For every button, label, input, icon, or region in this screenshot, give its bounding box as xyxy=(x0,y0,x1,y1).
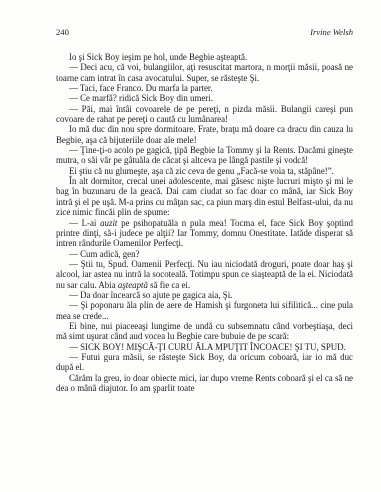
paragraph: — Ştii tu, Spud. Oamenii Perfecţi. Nu ia… xyxy=(56,259,353,290)
text-segment: — Deci acu, că voi, bulangiilor, aţi res… xyxy=(56,62,353,82)
book-page: 240 Irvine Welsh Io şi Sick Boy ieşim pe… xyxy=(0,0,381,492)
text-segment: — Taci, face Franco. Du marfa la parter. xyxy=(69,83,213,93)
paragraph: Io mă duc din nou spre dormitoare. Frate… xyxy=(56,124,353,145)
paragraph: — Cum adică, gen? xyxy=(56,249,353,259)
paragraph: — Ce marfă? ridică Sick Boy din umeri. xyxy=(56,93,353,103)
italic-text: auzit xyxy=(100,218,117,228)
text-segment: Io şi Sick Boy ieşim pe hol, unde Begbie… xyxy=(69,52,247,62)
paragraph: Ei ştiu că nu glumeşte, aşa că zic ceva … xyxy=(56,166,353,176)
paragraph: Cărăm la greu, io doar obiecte mici, iar… xyxy=(56,373,353,394)
text-segment: — SICK BOY! MIŞCĂ-ŢI CURU ĂLA MPUŢIT ÎNC… xyxy=(69,342,346,352)
page-header: 240 Irvine Welsh xyxy=(56,27,353,37)
paragraph: — Păi, mai întâi covoarele de pe pereţi,… xyxy=(56,104,353,125)
paragraph: Ei bine, nui piaceeaşi lungime de undă c… xyxy=(56,321,353,342)
page-body: Io şi Sick Boy ieşim pe hol, unde Begbie… xyxy=(56,52,353,393)
text-segment: Io mă duc din nou spre dormitoare. Frate… xyxy=(56,124,353,144)
text-segment: — Futui gura măsii, se răsteşte Sick Boy… xyxy=(56,352,353,372)
text-segment: — L-ai xyxy=(69,218,100,228)
text-segment: — Păi, mai întâi covoarele de pe pereţi,… xyxy=(56,104,353,124)
paragraph: — Ţine-ţi-o acolo pe gagică, ţipă Begbie… xyxy=(56,145,353,166)
paragraph: — L-ai auzit pe psihopatuăla n pula mea!… xyxy=(56,218,353,249)
paragraph: — Da doar încearcă so ajute pe gagica ai… xyxy=(56,290,353,300)
text-segment: Ei bine, nui piaceeaşi lungime de undă c… xyxy=(56,321,353,341)
paragraph: — Şi poponaru ăla plin de aere de Hamish… xyxy=(56,300,353,321)
paragraph: — Taci, face Franco. Du marfa la parter. xyxy=(56,83,353,93)
text-segment: — Şi poponaru ăla plin de aere de Hamish… xyxy=(56,300,353,320)
text-segment: — Cum adică, gen? xyxy=(69,249,139,259)
running-title: Irvine Welsh xyxy=(310,27,353,37)
text-segment: — Ţine-ţi-o acolo pe gagică, ţipă Begbie… xyxy=(56,145,353,165)
text-segment: — Da doar încearcă so ajute pe gagica ai… xyxy=(69,290,232,300)
paragraph: — Futui gura măsii, se răsteşte Sick Boy… xyxy=(56,352,353,373)
paragraph: — Deci acu, că voi, bulangiilor, aţi res… xyxy=(56,62,353,83)
text-segment: să fie ca ei. xyxy=(148,280,190,290)
text-segment: — Ce marfă? ridică Sick Boy din umeri. xyxy=(69,93,213,103)
paragraph: În alt dormitor, crecal unei adolescente… xyxy=(56,176,353,217)
text-segment: — Ştii tu, Spud. Oamenii Perfecţi. Nu ia… xyxy=(56,259,353,290)
page-number: 240 xyxy=(56,27,69,37)
italic-text: aşteaptă xyxy=(118,280,148,290)
paragraph: — SICK BOY! MIŞCĂ-ŢI CURU ĂLA MPUŢIT ÎNC… xyxy=(56,342,353,352)
text-segment: Cărăm la greu, io doar obiecte mici, iar… xyxy=(56,373,353,393)
text-segment: Ei ştiu că nu glumeşte, aşa că zic ceva … xyxy=(69,166,334,176)
text-segment: În alt dormitor, crecal unei adolescente… xyxy=(56,176,353,217)
paragraph: Io şi Sick Boy ieşim pe hol, unde Begbie… xyxy=(56,52,353,62)
